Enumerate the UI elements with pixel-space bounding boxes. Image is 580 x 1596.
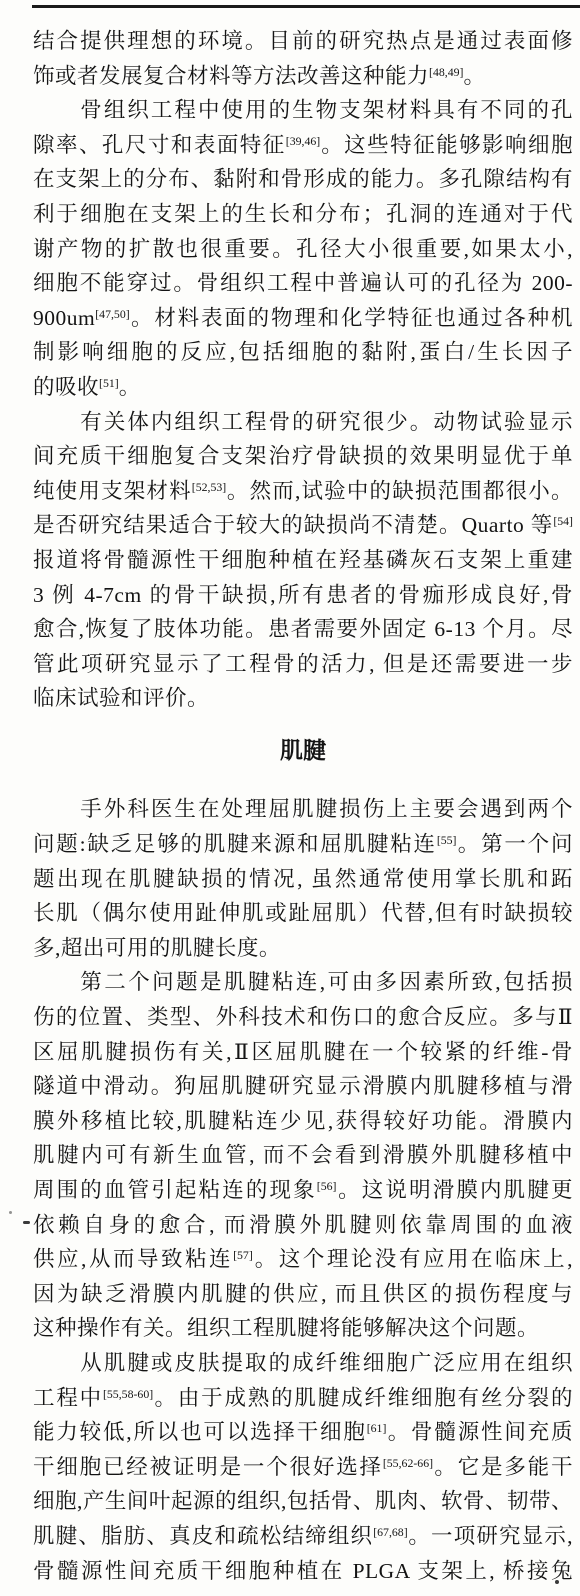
text-line: 临床试验和评价。 <box>33 681 573 716</box>
text-line: 利于细胞在支架上的生长和分布；孔洞的连通对于代 <box>33 197 573 232</box>
text-line: 区屈肌腱损伤有关,Ⅱ区屈肌腱在一个较紧的纤维-骨 <box>33 1035 573 1070</box>
text-line: 肌腱、脂肪、真皮和疏松结缔组织[67,68]。一项研究显示, <box>33 1519 573 1554</box>
text-line: 结合提供理想的环境。目前的研究热点是通过表面修 <box>33 24 573 59</box>
text-line: 肌腱内可有新生血管, 而不会看到滑膜外肌腱移植中 <box>33 1138 573 1173</box>
text-line: 愈合,恢复了肢体功能。患者需要外固定 6-13 个月。尽 <box>33 612 573 647</box>
text-line: 依赖自身的愈合, 而滑膜外肌腱则依靠周围的血液 <box>33 1208 573 1243</box>
scan-speck <box>23 1221 30 1224</box>
text-line: 管此项研究显示了工程骨的活力, 但是还需要进一步 <box>33 647 573 682</box>
text-line: 长肌（偶尔使用趾伸肌或趾屈肌）代替,但有时缺损较 <box>33 896 573 931</box>
text-line: 制影响细胞的反应,包括细胞的黏附,蛋白/生长因子 <box>33 335 573 370</box>
scan-speck <box>9 1211 12 1214</box>
text-content: 结合提供理想的环境。目前的研究热点是通过表面修饰或者发展复合材料等方法改善这种能… <box>33 24 573 1588</box>
paragraph: 结合提供理想的环境。目前的研究热点是通过表面修饰或者发展复合材料等方法改善这种能… <box>33 24 573 93</box>
text-line: 手外科医生在处理屈肌腱损伤上主要会遇到两个 <box>33 792 573 827</box>
paragraph: 骨组织工程中使用的生物支架材料具有不同的孔隙率、孔尺寸和表面特征[39,46]。… <box>33 93 573 404</box>
text-line: 的吸收[51]。 <box>33 370 573 405</box>
text-line: 膜外移植比较,肌腱粘连少见,获得较好功能。滑膜内 <box>33 1104 573 1139</box>
paragraph: 手外科医生在处理屈肌腱损伤上主要会遇到两个问题:缺乏足够的肌腱来源和屈肌腱粘连[… <box>33 792 573 965</box>
text-line: 是否研究结果适合于较大的缺损尚不清楚。Quarto 等[54] <box>33 508 573 543</box>
section-before-heading: 结合提供理想的环境。目前的研究热点是通过表面修饰或者发展复合材料等方法改善这种能… <box>33 24 573 716</box>
text-line: 工程中[55,58-60]。由于成熟的肌腱成纤维细胞有丝分裂的 <box>33 1381 573 1416</box>
text-line: 有关体内组织工程骨的研究很少。动物试验显示 <box>33 405 573 440</box>
text-line: 骨组织工程中使用的生物支架材料具有不同的孔 <box>33 93 573 128</box>
top-rule <box>32 5 580 8</box>
text-line: 在支架上的分布、黏附和骨形成的能力。多孔隙结构有 <box>33 162 573 197</box>
section-after-heading: 手外科医生在处理屈肌腱损伤上主要会遇到两个问题:缺乏足够的肌腱来源和屈肌腱粘连[… <box>33 792 573 1588</box>
text-line: 隙率、孔尺寸和表面特征[39,46]。这些特征能够影响细胞 <box>33 128 573 163</box>
text-line: 隧道中滑动。狗屈肌腱研究显示滑膜内肌腱移植与滑 <box>33 1069 573 1104</box>
text-line: 周围的血管引起粘连的现象[56]。这说明滑膜内肌腱更 <box>33 1173 573 1208</box>
scan-speck <box>555 1580 559 1584</box>
scanned-page: 结合提供理想的环境。目前的研究热点是通过表面修饰或者发展复合材料等方法改善这种能… <box>0 0 580 1596</box>
text-line: 3 例 4-7cm 的骨干缺损,所有患者的骨痂形成良好,骨 <box>33 578 573 613</box>
text-line: 骨髓源性间充质干细胞种植在 PLGA 支架上, 桥接兔 <box>33 1554 573 1589</box>
text-line: 细胞,产生间叶起源的组织,包括骨、肌肉、软骨、韧带、 <box>33 1484 573 1519</box>
text-line: 细胞不能穿过。骨组织工程中普遍认可的孔径为 200- <box>33 266 573 301</box>
text-line: 谢产物的扩散也很重要。孔径大小很重要,如果太小, <box>33 232 573 267</box>
section-heading: 肌腱 <box>33 734 573 769</box>
text-line: 纯使用支架材料[52,53]。然而,试验中的缺损范围都很小。 <box>33 474 573 509</box>
text-line: 第二个问题是肌腱粘连,可由多因素所致,包括损 <box>33 965 573 1000</box>
text-line: 多,超出可用的肌腱长度。 <box>33 931 573 966</box>
paragraph: 有关体内组织工程骨的研究很少。动物试验显示间充质干细胞复合支架治疗骨缺损的效果明… <box>33 405 573 716</box>
text-line: 900um[47,50]。材料表面的物理和化学特征也通过各种机 <box>33 301 573 336</box>
text-line: 题出现在肌腱缺损的情况, 虽然通常使用掌长肌和跖 <box>33 862 573 897</box>
text-line: 供应,从而导致粘连[57]。这个理论没有应用在临床上, <box>33 1242 573 1277</box>
text-line: 伤的位置、类型、外科技术和伤口的愈合反应。多与Ⅱ <box>33 1000 573 1035</box>
text-line: 问题:缺乏足够的肌腱来源和屈肌腱粘连[55]。第一个问 <box>33 827 573 862</box>
text-line: 报道将骨髓源性干细胞种植在羟基磷灰石支架上重建 <box>33 543 573 578</box>
text-line: 能力较低,所以也可以选择干细胞[61]。骨髓源性间充质 <box>33 1415 573 1450</box>
text-line: 从肌腱或皮肤提取的成纤维细胞广泛应用在组织 <box>33 1346 573 1381</box>
text-line: 因为缺乏滑膜内肌腱的供应, 而且供区的损伤程度与 <box>33 1277 573 1312</box>
paragraph: 从肌腱或皮肤提取的成纤维细胞广泛应用在组织工程中[55,58-60]。由于成熟的… <box>33 1346 573 1588</box>
text-line: 干细胞已经被证明是一个很好选择[55,62-66]。它是多能干 <box>33 1450 573 1485</box>
text-line: 间充质干细胞复合支架治疗骨缺损的效果明显优于单 <box>33 439 573 474</box>
text-line: 这种操作有关。组织工程肌腱将能够解决这个问题。 <box>33 1311 573 1346</box>
paragraph: 第二个问题是肌腱粘连,可由多因素所致,包括损伤的位置、类型、外科技术和伤口的愈合… <box>33 965 573 1346</box>
text-line: 饰或者发展复合材料等方法改善这种能力[48,49]。 <box>33 59 573 94</box>
